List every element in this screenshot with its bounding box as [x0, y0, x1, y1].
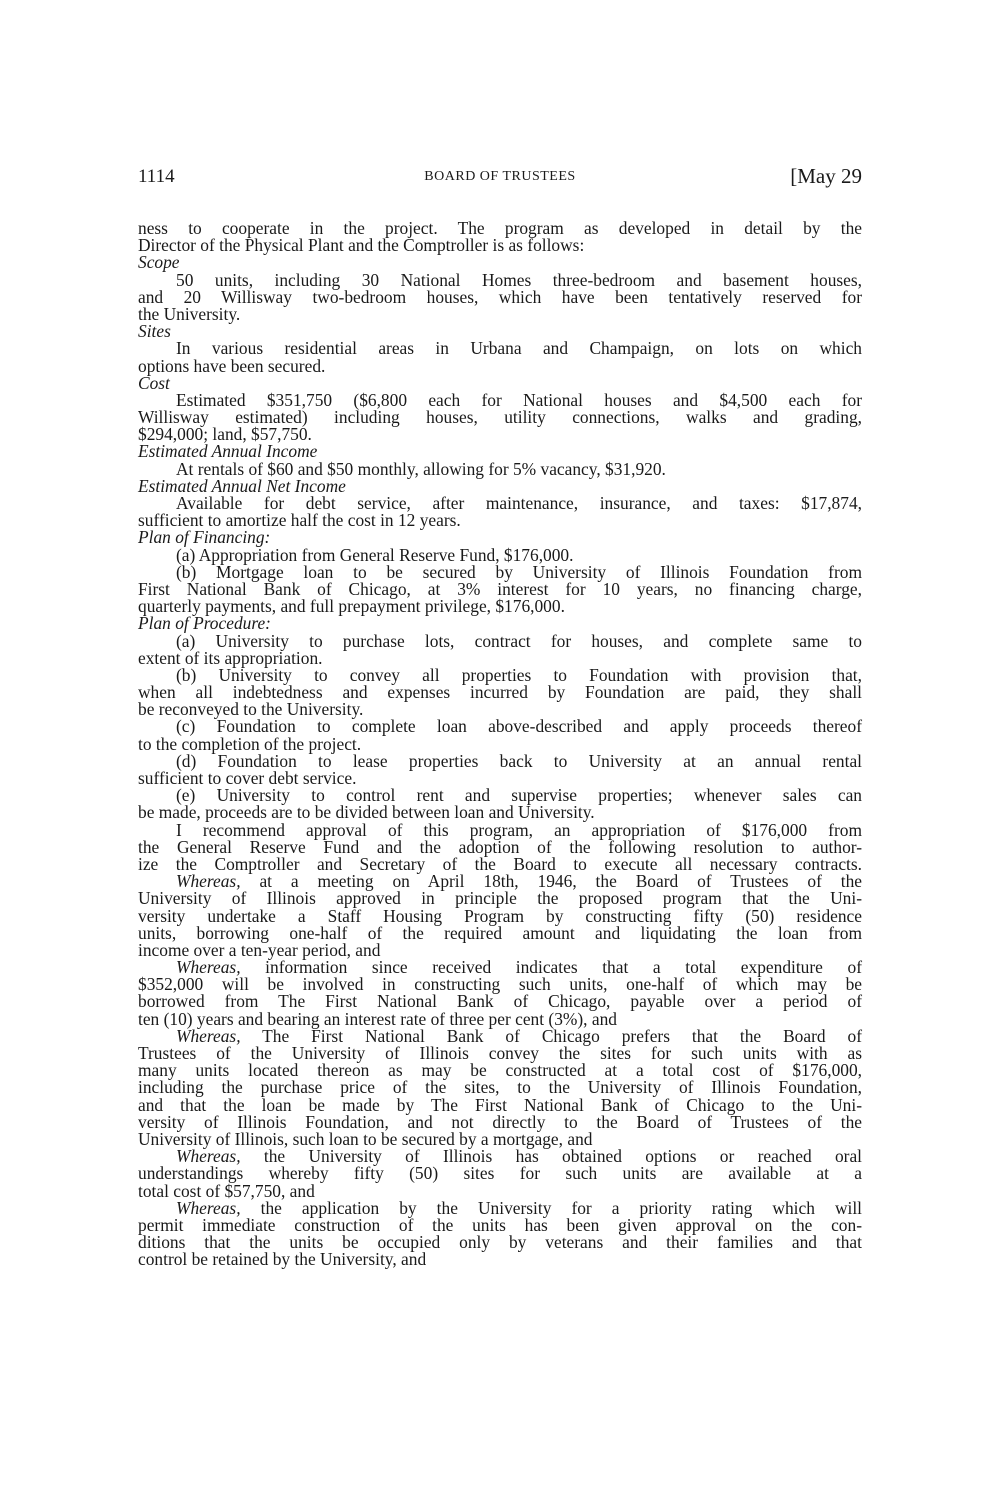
text-line: be made, proceeds are to be divided betw…: [138, 804, 862, 821]
document-page: 1114 BOARD OF TRUSTEES [May 29 ness to c…: [138, 160, 862, 200]
text-line: University of Illinois approved in princ…: [138, 890, 862, 907]
section-heading: Scope: [138, 254, 862, 271]
text-line: control be retained by the University, a…: [138, 1251, 862, 1268]
text-line: Director of the Physical Plant and the C…: [138, 237, 862, 254]
running-header: 1114 BOARD OF TRUSTEES [May 29: [138, 160, 862, 200]
text-line: including the purchase price of the site…: [138, 1079, 862, 1096]
running-title: BOARD OF TRUSTEES: [138, 169, 862, 185]
text-line: the University.: [138, 306, 862, 323]
text-line: and 20 Willisway two-bedroom houses, whi…: [138, 289, 862, 306]
text-line: In various residential areas in Urbana a…: [138, 340, 862, 357]
text-line: understandings whereby fifty (50) sites …: [138, 1165, 862, 1182]
text-line: options have been secured.: [138, 358, 862, 375]
body-text: ness to cooperate in the project. The pr…: [138, 220, 862, 1268]
section-heading: Plan of Procedure:: [138, 615, 862, 632]
section-heading: Plan of Financing:: [138, 529, 862, 546]
header-date: [May 29: [790, 164, 862, 189]
